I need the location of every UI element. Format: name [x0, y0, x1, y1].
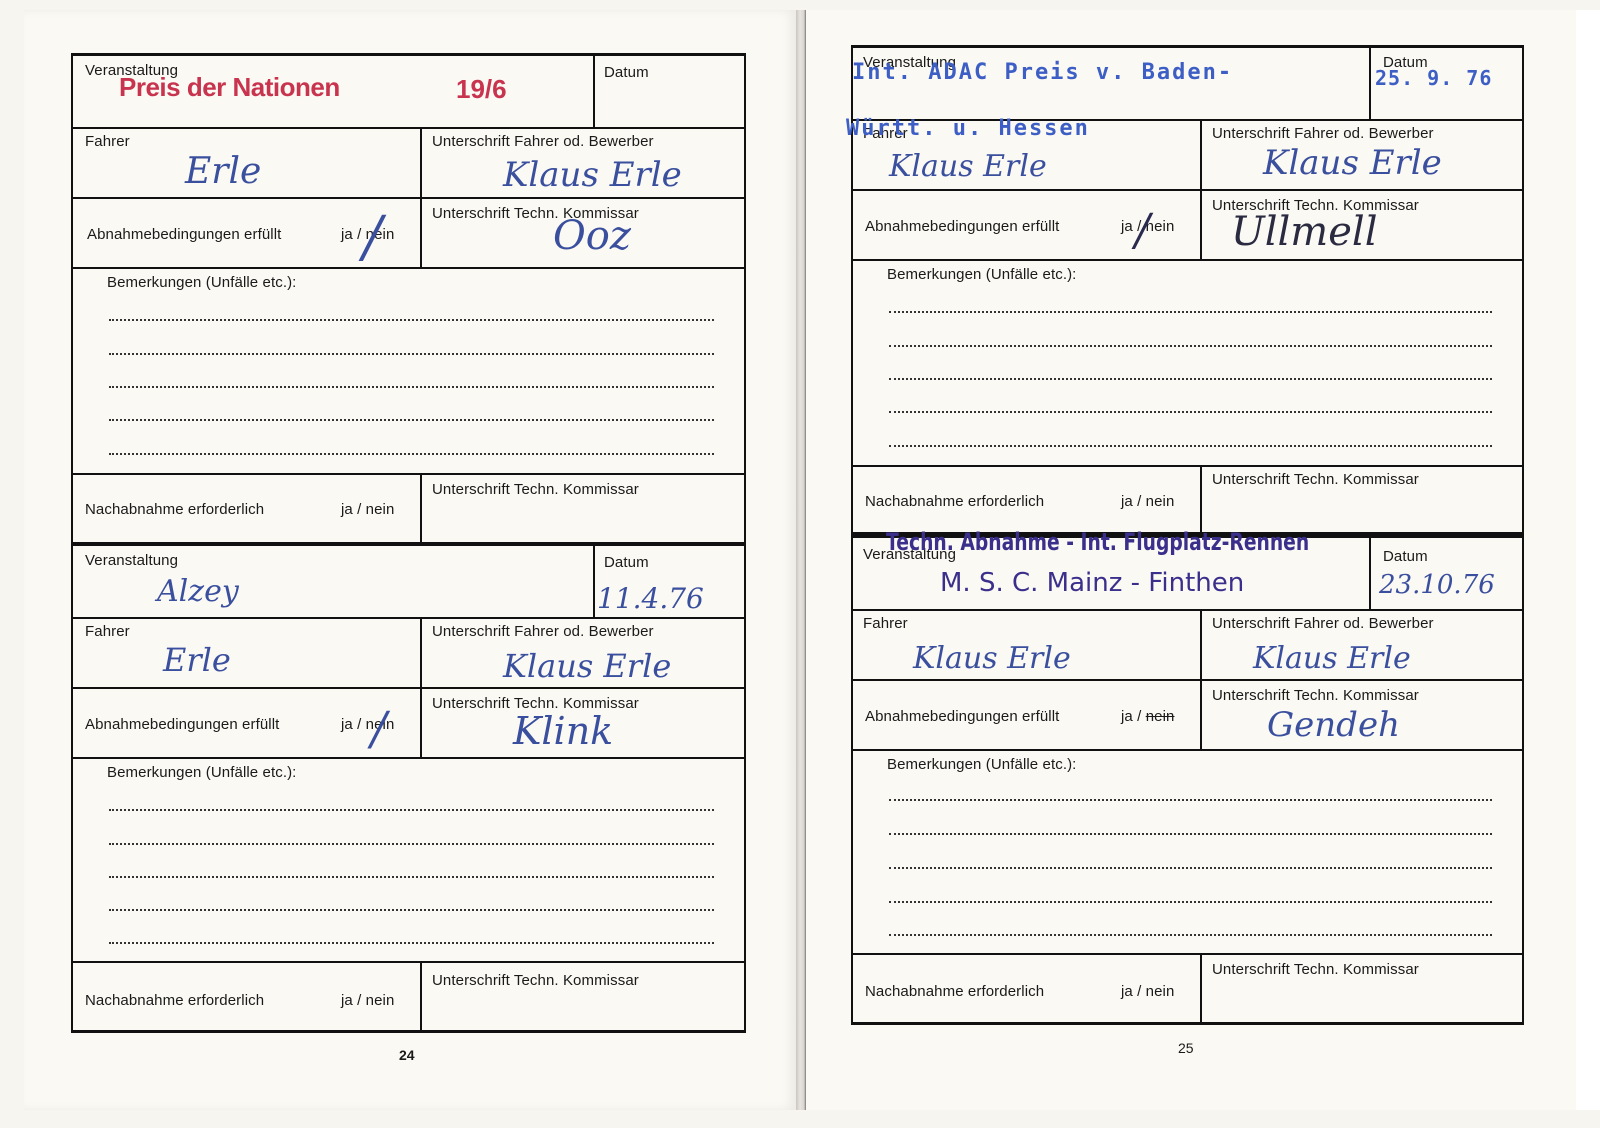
- remarks-line[interactable]: [109, 843, 714, 845]
- driver-signature-label: Unterschrift Fahrer od. Bewerber: [1212, 125, 1434, 142]
- remarks-line[interactable]: [889, 934, 1492, 936]
- acceptance-mark: /: [371, 701, 387, 755]
- acceptance-yes-no: ja / nein: [1121, 708, 1174, 725]
- remarks-line[interactable]: [889, 311, 1492, 313]
- remarks-row: Bemerkungen (Unfälle etc.):: [853, 261, 1522, 467]
- reinspection-label: Nachabnahme erforderlich: [85, 992, 264, 1009]
- remarks-line[interactable]: [109, 942, 714, 944]
- remarks-line[interactable]: [109, 809, 714, 811]
- date-value: 23.10.76: [1379, 570, 1495, 600]
- acceptance-row: Abnahmebedingungen erfüllt ja / nein Unt…: [853, 681, 1522, 751]
- driver-signature-label: Unterschrift Fahrer od. Bewerber: [432, 133, 654, 150]
- date-label: Datum: [1383, 548, 1428, 565]
- driver-handwriting: Erle: [163, 641, 231, 679]
- acceptance-label: Abnahmebedingungen erfüllt: [865, 218, 1059, 235]
- remarks-line[interactable]: [889, 378, 1492, 380]
- page-number-25: 25: [1178, 1040, 1194, 1056]
- driver-label: Fahrer: [85, 623, 130, 640]
- reinspection-commissioner-label: Unterschrift Techn. Kommissar: [1212, 471, 1419, 488]
- driver-row: Fahrer Erle Unterschrift Fahrer od. Bewe…: [73, 129, 744, 199]
- remarks-line[interactable]: [889, 833, 1492, 835]
- remarks-line[interactable]: [109, 909, 714, 911]
- driver-signature: Klaus Erle: [1263, 143, 1442, 183]
- reinspection-yes-no: ja / nein: [341, 992, 394, 1009]
- event-stamp-line2: M. S. C. Mainz - Finthen: [940, 568, 1244, 598]
- event-row: Veranstaltung Alzey Datum 11.4.76: [73, 546, 744, 619]
- remarks-line[interactable]: [109, 319, 714, 321]
- entry-block-p24-2: Veranstaltung Alzey Datum 11.4.76 Fahrer…: [71, 543, 746, 1033]
- acceptance-row: Abnahmebedingungen erfüllt ja / nein / U…: [73, 199, 744, 269]
- event-stamp-line1: Int. ADAC Preis v. Baden-: [852, 60, 1233, 85]
- remarks-line[interactable]: [109, 353, 714, 355]
- driver-signature: Klaus Erle: [503, 155, 682, 195]
- reinspection-commissioner-label: Unterschrift Techn. Kommissar: [432, 481, 639, 498]
- commissioner-signature: Ullmell: [1231, 209, 1377, 255]
- reinspection-row: Nachabnahme erforderlich ja / nein Unter…: [73, 963, 744, 1033]
- commissioner-signature: Klink: [513, 709, 613, 753]
- remarks-label: Bemerkungen (Unfälle etc.):: [107, 274, 296, 291]
- reinspection-yes-no: ja / nein: [1121, 983, 1174, 1000]
- remarks-line[interactable]: [109, 419, 714, 421]
- book-gutter: [796, 10, 806, 1110]
- remarks-row: Bemerkungen (Unfälle etc.):: [853, 751, 1522, 955]
- reinspection-label: Nachabnahme erforderlich: [865, 493, 1044, 510]
- remarks-label: Bemerkungen (Unfälle etc.):: [887, 756, 1076, 773]
- event-stamp-line1: Techn. Abnahme - Int. Flugplatz-Rennen: [886, 528, 1309, 556]
- remarks-row: Bemerkungen (Unfälle etc.):: [73, 759, 744, 963]
- remarks-line[interactable]: [109, 453, 714, 455]
- commissioner-signature: Gendeh: [1267, 705, 1400, 745]
- driver-label: Fahrer: [863, 615, 908, 632]
- driver-label: Fahrer: [85, 133, 130, 150]
- page-number-24: 24: [399, 1047, 415, 1063]
- remarks-line[interactable]: [889, 901, 1492, 903]
- acceptance-label: Abnahmebedingungen erfüllt: [865, 708, 1059, 725]
- scan-margin: [1576, 10, 1600, 1110]
- driver-signature-label: Unterschrift Fahrer od. Bewerber: [432, 623, 654, 640]
- event-handwriting: Alzey: [157, 574, 239, 609]
- acceptance-row: Abnahmebedingungen erfüllt ja / nein / U…: [853, 191, 1522, 261]
- date-stamp: 25. 9. 76: [1375, 66, 1492, 90]
- entry-block-p24-1: Veranstaltung Preis der Nationen 19/6 Da…: [71, 53, 746, 545]
- reinspection-row: Nachabnahme erforderlich ja / nein Unter…: [73, 475, 744, 545]
- commissioner-signature: Ooz: [553, 213, 631, 259]
- date-label: Datum: [604, 554, 649, 571]
- driver-row: Fahrer Klaus Erle Unterschrift Fahrer od…: [853, 611, 1522, 681]
- remarks-line[interactable]: [109, 876, 714, 878]
- entry-block-p25-2: Veranstaltung Datum 23.10.76 Fahrer Klau…: [851, 535, 1524, 1025]
- remarks-line[interactable]: [889, 345, 1492, 347]
- nein-struck: nein: [1146, 708, 1175, 725]
- commissioner-signature-label: Unterschrift Techn. Kommissar: [1212, 687, 1419, 704]
- event-label: Veranstaltung: [85, 552, 178, 569]
- driver-handwriting: Klaus Erle: [889, 149, 1047, 184]
- remarks-line[interactable]: [889, 411, 1492, 413]
- date-label: Datum: [604, 64, 649, 81]
- remarks-line[interactable]: [889, 867, 1492, 869]
- driver-signature-label: Unterschrift Fahrer od. Bewerber: [1212, 615, 1434, 632]
- driver-signature: Klaus Erle: [503, 647, 671, 685]
- reinspection-label: Nachabnahme erforderlich: [865, 983, 1044, 1000]
- driver-row: Fahrer Erle Unterschrift Fahrer od. Bewe…: [73, 619, 744, 689]
- remarks-line[interactable]: [109, 386, 714, 388]
- reinspection-commissioner-label: Unterschrift Techn. Kommissar: [1212, 961, 1419, 978]
- event-stamp-year: 19/6: [456, 74, 507, 105]
- remarks-line[interactable]: [889, 445, 1492, 447]
- remarks-label: Bemerkungen (Unfälle etc.):: [887, 266, 1076, 283]
- event-stamp-line2: Württ. u. Hessen: [846, 116, 1090, 141]
- date-value: 11.4.76: [597, 582, 704, 615]
- remarks-row: Bemerkungen (Unfälle etc.):: [73, 269, 744, 475]
- reinspection-row: Nachabnahme erforderlich ja / nein Unter…: [853, 955, 1522, 1025]
- acceptance-mark: /: [363, 205, 382, 270]
- reinspection-label: Nachabnahme erforderlich: [85, 501, 264, 518]
- event-stamp: Preis der Nationen: [119, 72, 340, 103]
- reinspection-yes-no: ja / nein: [1121, 493, 1174, 510]
- reinspection-yes-no: ja / nein: [341, 501, 394, 518]
- driver-handwriting: Erle: [185, 151, 261, 192]
- driver-signature: Klaus Erle: [1253, 641, 1411, 676]
- reinspection-row: Nachabnahme erforderlich ja / nein Unter…: [853, 467, 1522, 535]
- reinspection-commissioner-label: Unterschrift Techn. Kommissar: [432, 972, 639, 989]
- remarks-line[interactable]: [889, 799, 1492, 801]
- acceptance-mark: /: [1135, 205, 1150, 256]
- acceptance-row: Abnahmebedingungen erfüllt ja / nein / U…: [73, 689, 744, 759]
- acceptance-label: Abnahmebedingungen erfüllt: [87, 226, 281, 243]
- acceptance-label: Abnahmebedingungen erfüllt: [85, 716, 279, 733]
- event-row: Veranstaltung Preis der Nationen 19/6 Da…: [73, 56, 744, 129]
- driver-handwriting: Klaus Erle: [913, 641, 1071, 676]
- remarks-label: Bemerkungen (Unfälle etc.):: [107, 764, 296, 781]
